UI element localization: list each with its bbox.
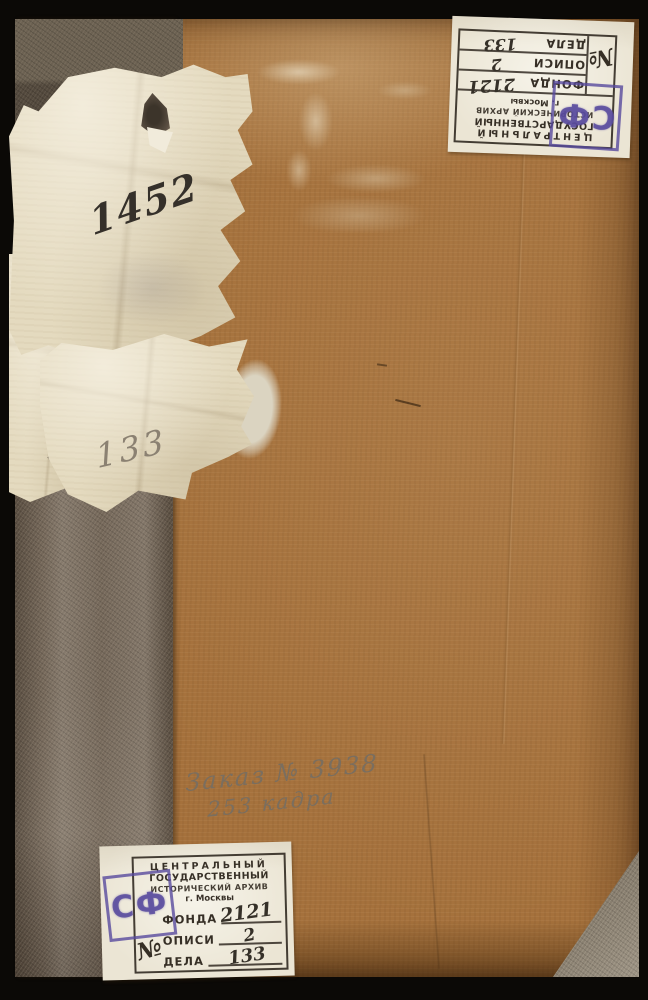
board-scuff-stains: [227, 27, 467, 232]
old-number-handwriting: 1452: [86, 163, 202, 245]
board-crease-line: [501, 54, 529, 744]
book-cover-board: 1452 133 ЦЕНТРАЛЬНЫЙ ГОСУДАРСТВЕННЫЙ ИСТ…: [15, 19, 639, 977]
scratch-mark: [377, 363, 387, 366]
fond-value: 2121: [467, 73, 515, 96]
archive-label-bottom: ЦЕНТРАЛЬНЫЙ ГОСУДАРСТВЕННЫЙ ИСТОРИЧЕСКИЙ…: [99, 842, 294, 981]
delo-row: ДЕЛА 133: [162, 947, 287, 971]
sf-stamp-bottom: СФ: [102, 869, 177, 942]
delo-label: ДЕЛА: [163, 954, 204, 971]
cloth-corner-protector: [553, 851, 639, 977]
scratch-mark: [395, 399, 421, 407]
sf-stamp-top: СФ: [549, 81, 623, 152]
delo-label: ДЕЛА: [545, 34, 586, 52]
scanned-archive-cover: 1452 133 ЦЕНТРАЛЬНЫЙ ГОСУДАРСТВЕННЫЙ ИСТ…: [0, 0, 648, 1000]
opis-label: ОПИСИ: [533, 54, 586, 72]
delo-value: 133: [227, 943, 267, 969]
paper-hole-flap: [147, 127, 173, 153]
delo-row: ДЕЛА 133: [460, 30, 588, 54]
torn-paper-label-bottom: 133: [40, 334, 254, 512]
opis-value: 2: [490, 55, 503, 75]
ghost-ink-smudge: [97, 249, 207, 327]
board-crease-line: [423, 754, 441, 969]
delo-value: 133: [483, 35, 517, 55]
file-number-handwriting: 133: [94, 421, 169, 476]
